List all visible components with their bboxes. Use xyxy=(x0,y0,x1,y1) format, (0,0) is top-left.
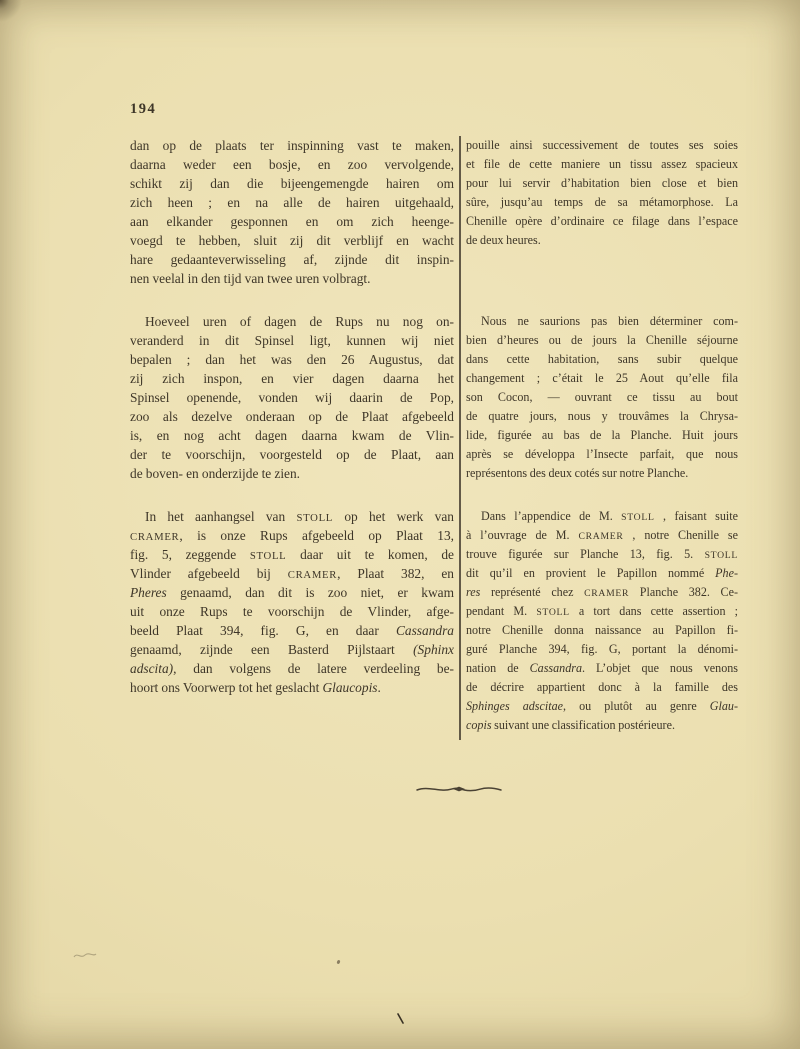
text-line: der te voorschijn, voorgesteld op de Pla… xyxy=(130,445,454,464)
text-line: veranderd in dit Spinsel ligt, kunnen wi… xyxy=(130,331,454,350)
text-line: voegd te hebben, sluit zij dit verblijf … xyxy=(130,231,454,250)
text-line: représentons des deux cotés sur notre Pl… xyxy=(466,464,738,483)
text-line: schikt zij dan die bijeengemengde hairen… xyxy=(130,174,454,193)
text-line: dans cette habitation, sans subir quelqu… xyxy=(466,350,738,369)
text-line: daarna weder een bosje, en zoo vervolgen… xyxy=(130,155,454,174)
text-line: beeld Plaat 394, fig. G, en daar Cassand… xyxy=(130,621,454,640)
text-line: is, en nog acht dagen daarna kwam de Vli… xyxy=(130,426,454,445)
text-line: aan elkander gesponnen en om zich heenge… xyxy=(130,212,454,231)
page-number: 194 xyxy=(130,101,156,118)
text-line: fig. 5, zeggende stoll daar uit te komen… xyxy=(130,545,454,564)
text-line: de boven- en onderzijde te zien. xyxy=(130,464,454,483)
text-line: bien d’heures ou de jours la Chenille sé… xyxy=(466,331,738,350)
text-line: nen veelal in den tijd van twee uren vol… xyxy=(130,269,454,288)
text-line: dan op de plaats ter inspinning vast te … xyxy=(130,136,454,155)
text-line: pendant M. stoll a tort dans cette asser… xyxy=(466,602,738,621)
text-line: adscita), dan volgens de latere verdeeli… xyxy=(130,659,454,678)
text-line: hare gedaanteverwisseling af, zijnde dit… xyxy=(130,250,454,269)
small-caps-name: stoll xyxy=(250,550,287,562)
paragraph: Dans l’appendice de M. stoll , faisant s… xyxy=(466,507,738,735)
text-line: zij zich inspon, en vier dagen daarna he… xyxy=(130,369,454,388)
text-line: guré Planche 394, fig. G, portant la dén… xyxy=(466,640,738,659)
text-line: lide, figurée au bas de la Planche. Huit… xyxy=(466,426,738,445)
paragraph: Hoeveel uren of dagen de Rups nu nog on-… xyxy=(130,312,454,483)
text-line: après se développa l’Insecte parfait, qu… xyxy=(466,445,738,464)
small-caps-name: stoll xyxy=(705,550,738,561)
small-caps-name: stoll xyxy=(621,512,654,523)
text-line: pour lui servir d’habitation bien close … xyxy=(466,174,738,193)
print-artifact-squiggle xyxy=(72,948,98,962)
small-caps-name: cramer xyxy=(578,531,623,542)
text-line: In het aanhangsel van stoll op het werk … xyxy=(130,507,454,526)
text-line: Chenille opère d’ordinaire ce filage dan… xyxy=(466,212,738,231)
text-line: genaamd, zijnde een Basterd Pijlstaart (… xyxy=(130,640,454,659)
text-line: bepalen ; dan het was den 26 Augustus, d… xyxy=(130,350,454,369)
text-line: Pheres genaamd, dan dit is zoo niet, er … xyxy=(130,583,454,602)
print-artifact-speck xyxy=(336,960,340,965)
dutch-text-column: dan op de plaats ter inspinning vast te … xyxy=(130,136,454,697)
corner-shadow xyxy=(0,0,46,40)
text-line: nation de Cassandra. L’objet que nous ve… xyxy=(466,659,738,678)
text-line: copis suivant une classification postéri… xyxy=(466,716,738,735)
text-line: zich heen ; en na alle de hairen uitgeha… xyxy=(130,193,454,212)
column-divider-rule xyxy=(459,136,461,740)
small-caps-name: cramer xyxy=(130,531,179,543)
paragraph: Nous ne saurions pas bien déterminer com… xyxy=(466,312,738,483)
text-line: et file de cette maniere un tissu assez … xyxy=(466,155,738,174)
text-line: de décrire appartient donc à la famille … xyxy=(466,678,738,697)
small-caps-name: cramer xyxy=(584,588,629,599)
text-line: changement ; c’était le 25 Aout qu’elle … xyxy=(466,369,738,388)
small-caps-name: stoll xyxy=(296,512,333,524)
text-line: de quatre jours, nous y trouvâmes la Chr… xyxy=(466,407,738,426)
text-line: sûre, jusqu’au temps de sa métamorphose.… xyxy=(466,193,738,212)
text-line: hoort ons Voorwerp tot het geslacht Glau… xyxy=(130,678,454,697)
text-line: uit onze Rups te voorschijn de Vlinder, … xyxy=(130,602,454,621)
small-caps-name: stoll xyxy=(536,607,569,618)
text-line: de deux heures. xyxy=(466,231,738,250)
text-line: res représenté chez cramer Planche 382. … xyxy=(466,583,738,602)
paragraph: dan op de plaats ter inspinning vast te … xyxy=(130,136,454,288)
paragraph: In het aanhangsel van stoll op het werk … xyxy=(130,507,454,697)
text-line: à l’ouvrage de M. cramer , notre Chenill… xyxy=(466,526,738,545)
text-line: Nous ne saurions pas bien déterminer com… xyxy=(466,312,738,331)
text-line: son Cocon, — ouvrant ce tissu au bout xyxy=(466,388,738,407)
french-text-column: pouille ainsi successivement de toutes s… xyxy=(466,136,738,735)
text-line: Dans l’appendice de M. stoll , faisant s… xyxy=(466,507,738,526)
flourish-divider-ornament xyxy=(416,782,502,796)
text-line: Vlinder afgebeeld bij cramer, Plaat 382,… xyxy=(130,564,454,583)
text-line: Hoeveel uren of dagen de Rups nu nog on- xyxy=(130,312,454,331)
paragraph: pouille ainsi successivement de toutes s… xyxy=(466,136,738,250)
text-line: Spinsel openende, vonden wij daarin de P… xyxy=(130,388,454,407)
text-line: pouille ainsi successivement de toutes s… xyxy=(466,136,738,155)
book-page-scan: 194 dan op de plaats ter inspinning vast… xyxy=(0,0,800,1049)
text-line: cramer, is onze Rups afgebeeld op Plaat … xyxy=(130,526,454,545)
text-line: dit qu’il en provient le Papillon nommé … xyxy=(466,564,738,583)
print-artifact-slash xyxy=(396,1013,405,1024)
text-line: zoo als dezelve onderaan op de Plaat afg… xyxy=(130,407,454,426)
small-caps-name: cramer xyxy=(288,569,337,581)
text-line: notre Chenille donna naissance au Papill… xyxy=(466,621,738,640)
text-line: Sphinges adscitae, ou plutôt au genre Gl… xyxy=(466,697,738,716)
text-line: trouve figurée sur Planche 13, fig. 5. s… xyxy=(466,545,738,564)
